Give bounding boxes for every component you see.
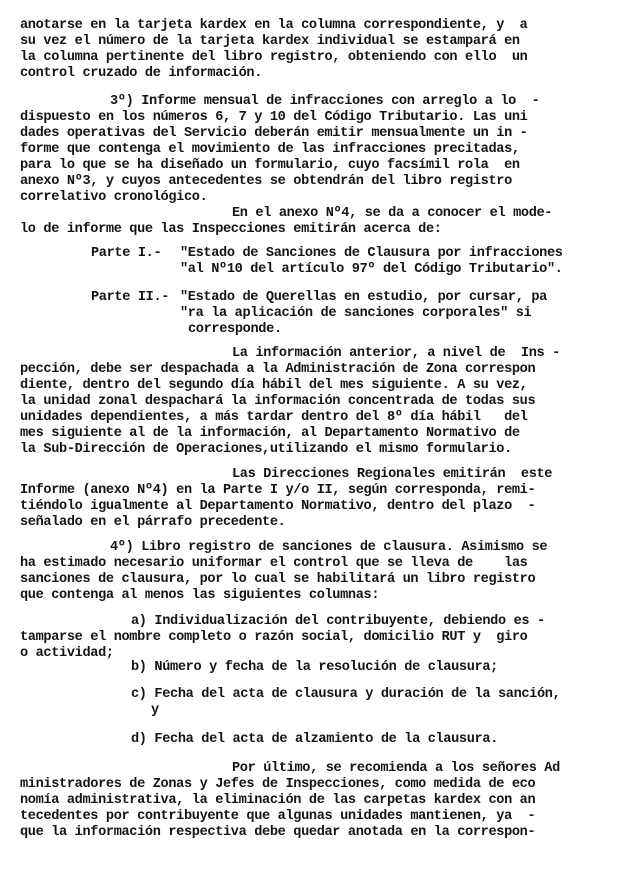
text-line: mes siguiente al de la información, al D… [20, 426, 520, 442]
text-line: tamparse el nombre completo o razón soci… [20, 630, 528, 646]
text-line: la unidad zonal despachará la informació… [20, 394, 535, 410]
text-line: a) Individualización del contribuyente, … [131, 614, 545, 630]
text-line: anexo Nº3, y cuyos antecedentes se obten… [20, 174, 512, 190]
text-line: "Estado de Sanciones de Clausura por inf… [180, 246, 563, 262]
text-line: que contenga al menos las siguientes col… [20, 588, 379, 604]
text-line: su vez el número de la tarjeta kardex in… [20, 34, 520, 50]
text-line: c) Fecha del acta de clausura y duración… [131, 687, 560, 703]
text-line: forme que contenga el movimiento de las … [20, 142, 520, 158]
text-line: diente, dentro del segundo día hábil del… [20, 378, 528, 394]
text-line: señalado en el párrafo precedente. [20, 515, 285, 531]
text-line: control cruzado de información. [20, 66, 262, 82]
text-line: que la información respectiva debe queda… [20, 825, 535, 841]
text-line: tiéndolo igualmente al Departamento Norm… [20, 499, 535, 515]
text-line: Informe (anexo Nº4) en la Parte I y/o II… [20, 483, 535, 499]
text-line: pección, debe ser despachada a la Admini… [20, 362, 535, 378]
text-line: o actividad; [20, 646, 114, 662]
text-line: unidades dependientes, a más tardar dent… [20, 410, 528, 426]
text-line: ministradores de Zonas y Jefes de Inspec… [20, 777, 535, 793]
text-line: ha estimado necesario uniformar el contr… [20, 556, 528, 572]
text-line: anotarse en la tarjeta kardex en la colu… [20, 18, 528, 34]
text-line: la columna pertinente del libro registro… [20, 50, 528, 66]
text-line: corresponde. [188, 322, 282, 338]
text-line: Las Direcciones Regionales emitirán este [232, 467, 552, 483]
text-line: correlativo cronológico. [20, 190, 207, 206]
text-line: "al Nº10 del artículo 97º del Código Tri… [180, 262, 563, 278]
text-line: La información anterior, a nivel de Ins … [232, 346, 560, 362]
text-line: para lo que se ha diseñado un formulario… [20, 158, 520, 174]
text-line: y [151, 703, 159, 719]
text-line: En el anexo Nº4, se da a conocer el mode… [232, 206, 552, 222]
text-line: b) Número y fecha de la resolución de cl… [131, 660, 498, 676]
scanned-document-page: anotarse en la tarjeta kardex en la colu… [0, 0, 630, 875]
text-line: 3º) Informe mensual de infracciones con … [110, 94, 539, 110]
text-line: nomía administrativa, la eliminación de … [20, 793, 535, 809]
text-line: 4º) Libro registro de sanciones de claus… [110, 540, 547, 556]
text-line: lo de informe que las Inspecciones emiti… [20, 222, 442, 238]
text-line: dispuesto en los números 6, 7 y 10 del C… [20, 110, 528, 126]
text-line: tecedentes por contribuyente que algunas… [20, 809, 535, 825]
text-line: "ra la aplicación de sanciones corporale… [180, 306, 531, 322]
text-line: Por último, se recomienda a los señores … [232, 761, 560, 777]
text-line: dades operativas del Servicio deberán em… [20, 126, 528, 142]
text-line: sanciones de clausura, por lo cual se ha… [20, 572, 535, 588]
text-line: "Estado de Querellas en estudio, por cur… [180, 290, 547, 306]
parte-label: Parte II.- [91, 290, 169, 306]
parte-label: Parte I.- [91, 246, 161, 262]
text-line: d) Fecha del acta de alzamiento de la cl… [131, 732, 498, 748]
text-line: la Sub-Dirección de Operaciones,utilizan… [20, 442, 512, 458]
